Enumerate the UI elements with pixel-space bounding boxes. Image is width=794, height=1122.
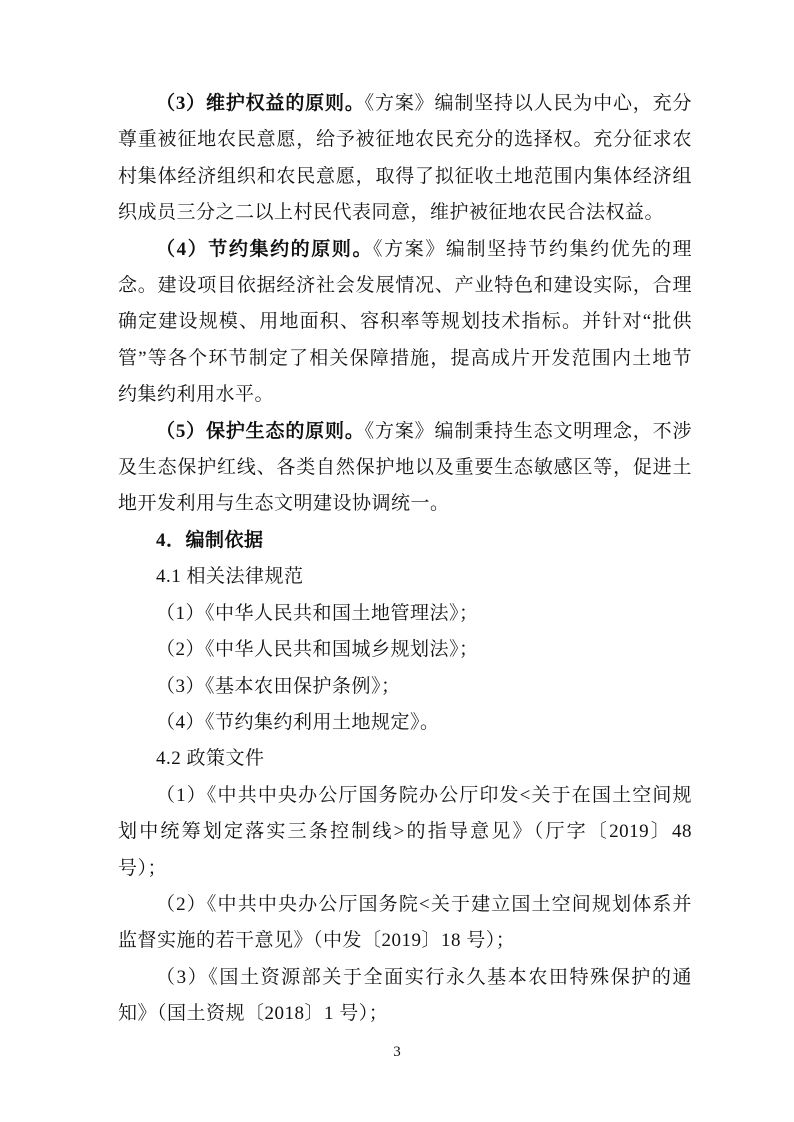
paragraph-principle-rights: （3）维护权益的原则。《方案》编制坚持以人民为中心，充分尊重被征地农民意愿，给予… <box>118 86 692 232</box>
list-item: （3）《基本农田保护条例》； <box>118 669 692 705</box>
paragraph-principle-intensive-use: （4）节约集约的原则。《方案》编制坚持节约集约优先的理念。建设项目依据经济社会发… <box>118 232 692 414</box>
list-item: （1）《中华人民共和国土地管理法》； <box>118 596 692 632</box>
paragraph-lead-bold: （4）节约集约的原则。 <box>156 239 373 260</box>
section-heading-compilation-basis: 4．编制依据 <box>118 523 692 559</box>
paragraph-text: 《方案》编制坚持节约集约优先的理念。建设项目依据经济社会发展情况、产业特色和建设… <box>118 239 692 406</box>
document-page: （3）维护权益的原则。《方案》编制坚持以人民为中心，充分尊重被征地农民意愿，给予… <box>0 0 794 1122</box>
list-item: （1）《中共中央办公厅国务院办公厅印发<关于在国土空间规划中统筹划定落实三条控制… <box>118 778 692 887</box>
subsection-title-legal-norms: 4.1 相关法律规范 <box>118 559 692 595</box>
document-body: （3）维护权益的原则。《方案》编制坚持以人民为中心，充分尊重被征地农民意愿，给予… <box>118 86 692 1033</box>
paragraph-lead-bold: （5）保护生态的原则。 <box>156 421 365 442</box>
paragraph-principle-ecology: （5）保护生态的原则。《方案》编制秉持生态文明理念，不涉及生态保护红线、各类自然… <box>118 414 692 523</box>
page-number: 3 <box>0 1042 794 1062</box>
list-item: （4）《节约集约利用土地规定》。 <box>118 705 692 741</box>
list-item: （2）《中华人民共和国城乡规划法》； <box>118 632 692 668</box>
subsection-title-policy-documents: 4.2 政策文件 <box>118 741 692 777</box>
list-item: （3）《国土资源部关于全面实行永久基本农田特殊保护的通知》（国土资规〔2018〕… <box>118 960 692 1033</box>
list-item: （2）《中共中央办公厅国务院<关于建立国土空间规划体系并监督实施的若干意见》（中… <box>118 887 692 960</box>
paragraph-lead-bold: （3）维护权益的原则。 <box>156 93 365 114</box>
